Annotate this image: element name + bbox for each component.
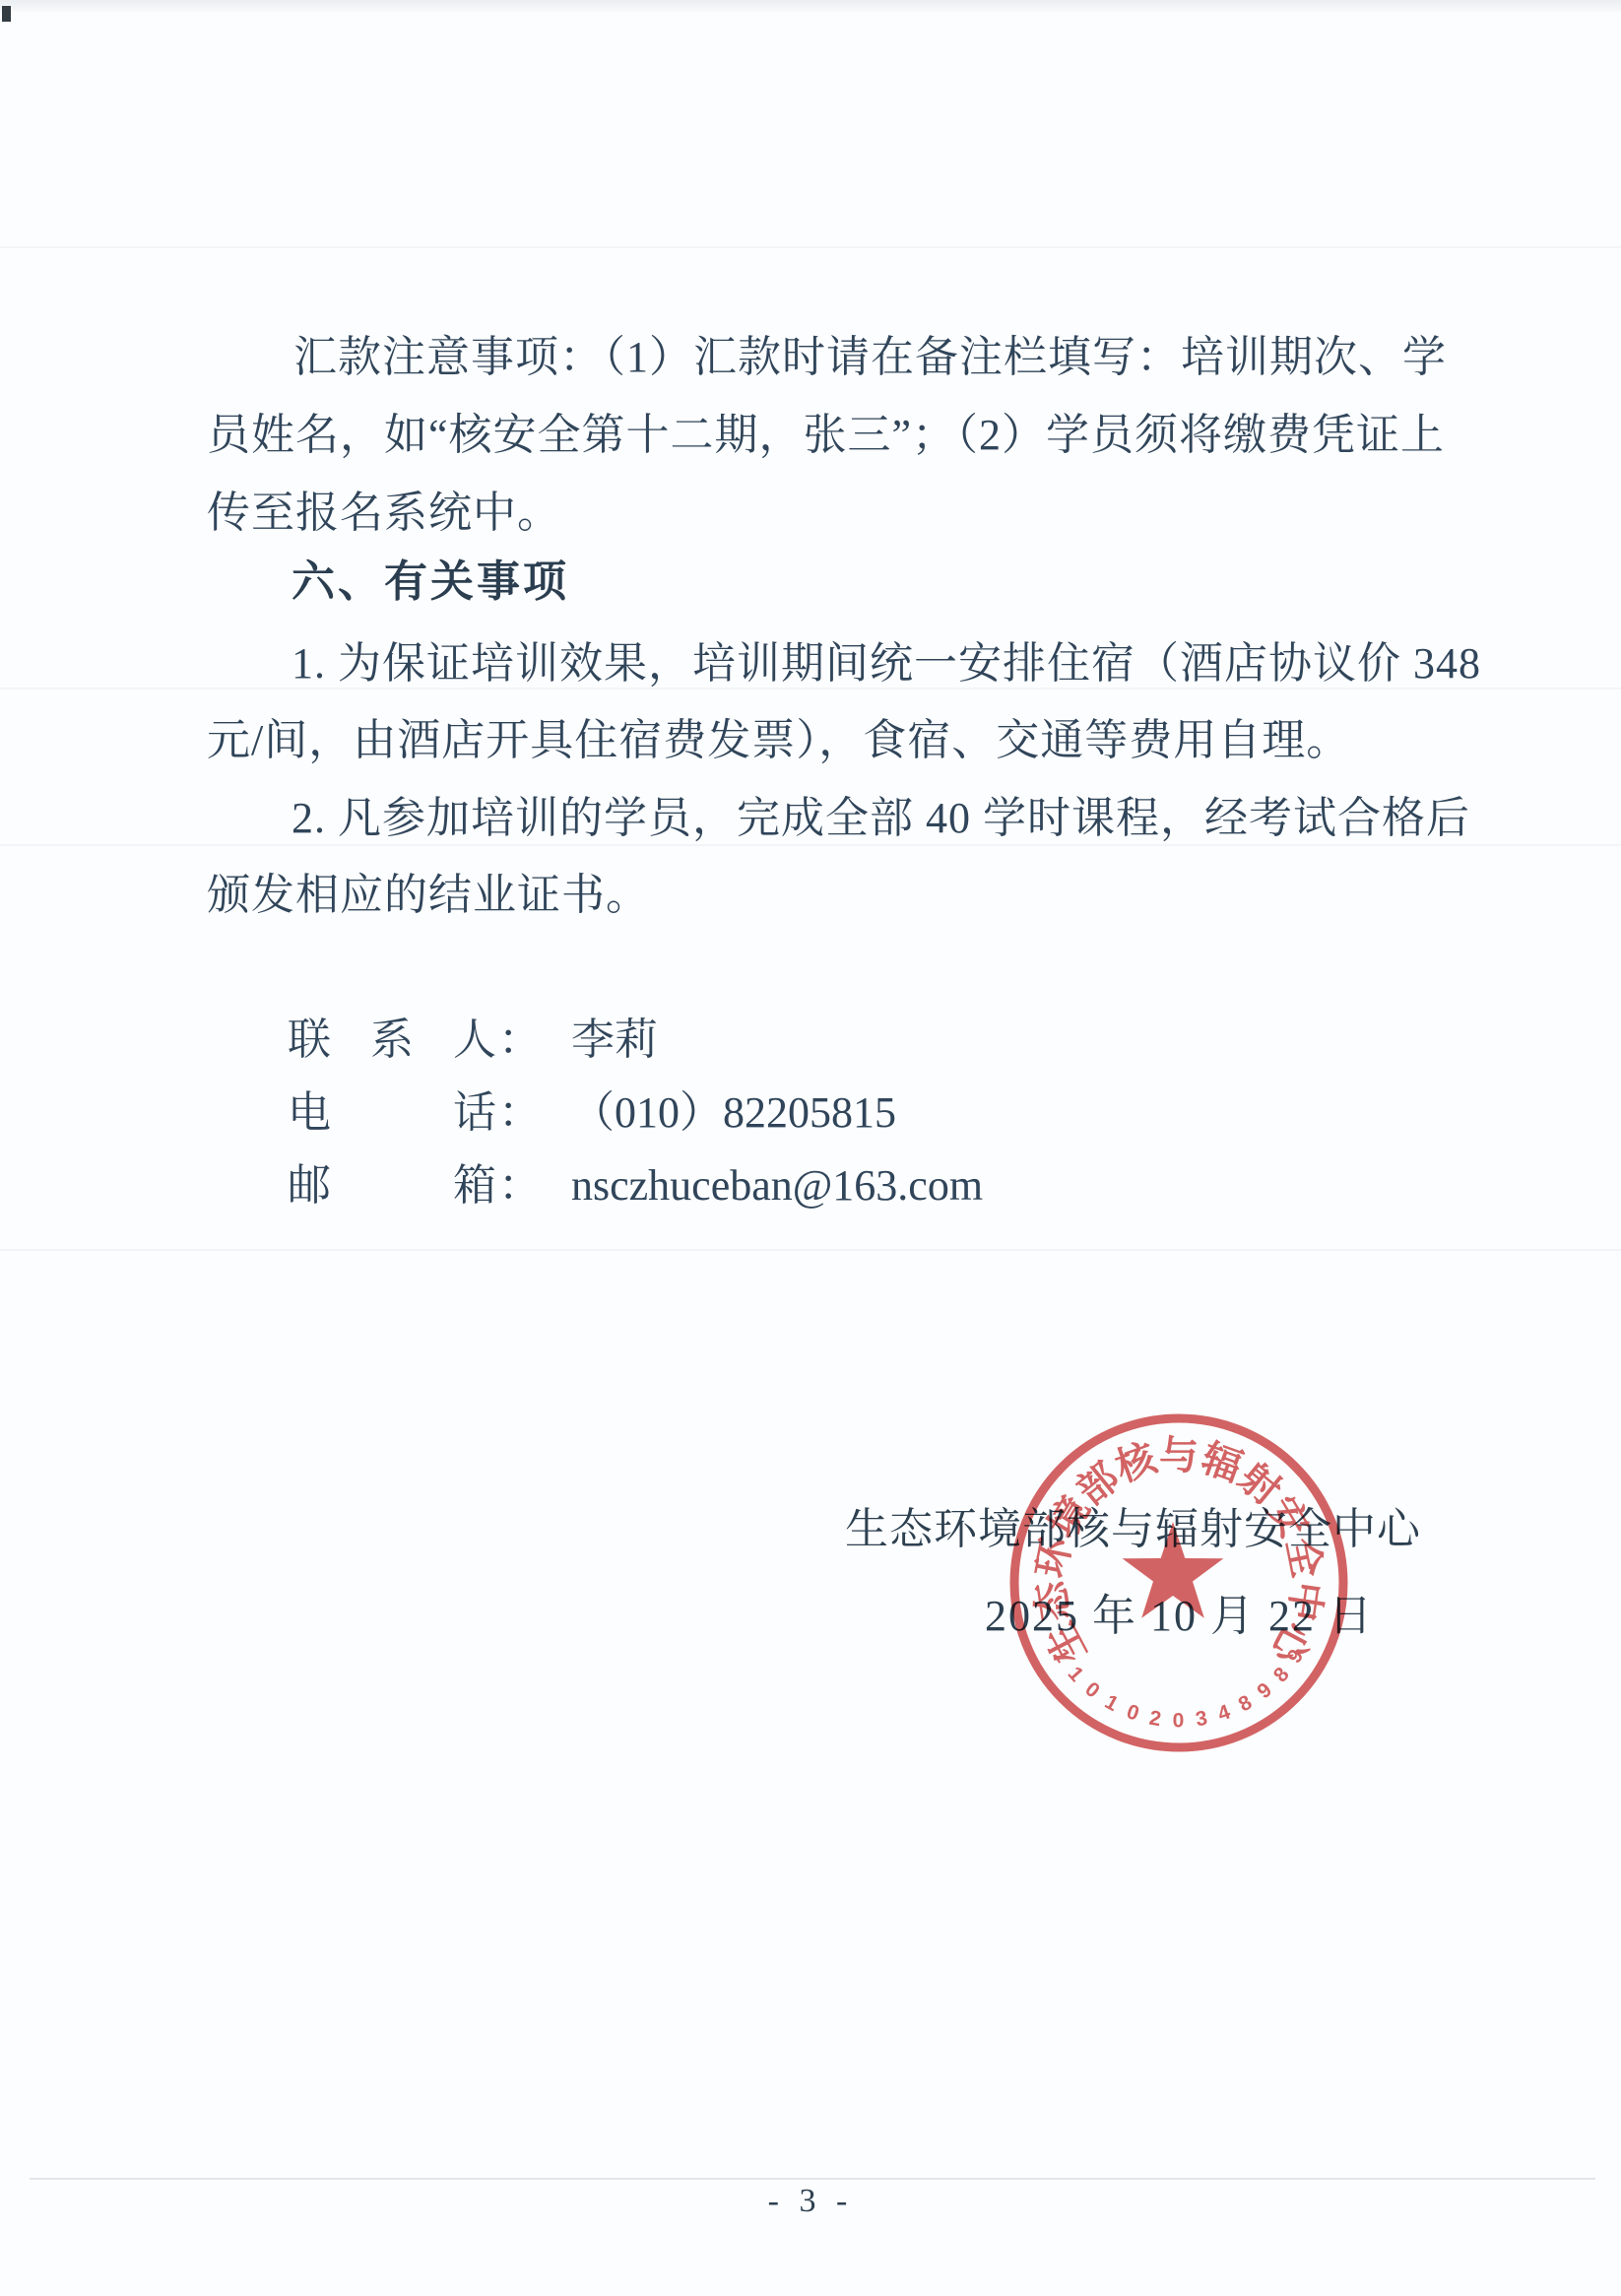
contact-email-row: 邮箱：nsczhuceban@163.com: [288, 1162, 983, 1210]
footer-rule: [30, 2178, 1595, 2180]
contact-label-char: 电: [288, 1089, 331, 1137]
contact-label: 电话: [288, 1089, 496, 1137]
contact-colon: ：: [498, 1017, 542, 1064]
svg-text:心: 心: [1262, 1615, 1320, 1673]
svg-text:3: 3: [1194, 1707, 1209, 1732]
scanned-document-page: 汇款注意事项：（1）汇款时请在备注栏填写：培训期次、学 员姓名，如“核安全第十二…: [0, 0, 1621, 2296]
svg-text:0: 0: [1173, 1710, 1186, 1733]
svg-text:8: 8: [1269, 1663, 1295, 1687]
red-star-icon: [1123, 1522, 1224, 1618]
remittance-note-line: 传至报名系统中。: [207, 489, 561, 539]
svg-text:8: 8: [1235, 1690, 1257, 1716]
scan-streak: [0, 1249, 1621, 1251]
svg-text:0: 0: [1080, 1677, 1104, 1703]
contact-label: 联系人: [288, 1017, 496, 1064]
remittance-note-line: 汇款注意事项：（1）汇款时请在备注栏填写：培训期次、学: [293, 333, 1447, 383]
svg-text:2: 2: [1147, 1707, 1163, 1732]
item2-line: 颁发相应的结业证书。: [207, 871, 650, 921]
contact-label-char: 话: [453, 1089, 496, 1137]
svg-text:9: 9: [1253, 1677, 1276, 1703]
svg-text:1: 1: [1101, 1690, 1123, 1716]
scan-streak: [0, 844, 1621, 846]
contact-person-row: 联系人：李莉: [288, 1017, 658, 1064]
item1-line: 1. 为保证培训效果，培训期间统一安排住宿（酒店协议价 348: [292, 639, 1481, 689]
svg-text:中: 中: [1280, 1579, 1329, 1624]
contact-label-char: 箱: [453, 1162, 496, 1210]
page-number: - 3 -: [0, 2183, 1621, 2220]
svg-text:全: 全: [1278, 1535, 1329, 1582]
contact-phone-value: （010）82205815: [571, 1089, 896, 1137]
svg-text:与: 与: [1159, 1434, 1199, 1477]
contact-label-char: 联: [288, 1017, 331, 1064]
contact-label-char: 系: [370, 1017, 414, 1064]
svg-text:4: 4: [1215, 1700, 1235, 1726]
contact-colon: ：: [498, 1162, 542, 1210]
contact-label: 邮箱: [288, 1162, 496, 1210]
svg-text:1: 1: [1064, 1663, 1089, 1687]
contact-phone-row: 电话：（010）82205815: [288, 1089, 896, 1137]
item1-line: 元/间，由酒店开具住宿费发票），食宿、交通等费用自理。: [207, 716, 1350, 766]
svg-text:生: 生: [1038, 1615, 1095, 1671]
contact-colon: ：: [498, 1089, 542, 1137]
contact-label-char: 人: [453, 1017, 496, 1064]
contact-label-char: 邮: [288, 1162, 331, 1210]
scan-edge-band: [0, 0, 1621, 12]
scan-streak: [0, 246, 1621, 248]
svg-text:态: 态: [1029, 1578, 1077, 1624]
contact-person-value: 李莉: [571, 1017, 658, 1064]
svg-text:0: 0: [1124, 1700, 1143, 1726]
section-heading: 六、有关事项: [292, 558, 569, 608]
item2-line: 2. 凡参加培训的学员，完成全部 40 学时课程，经考试合格后: [292, 794, 1470, 844]
contact-email-value: nsczhuceban@163.com: [571, 1162, 983, 1210]
remittance-note-line: 员姓名，如“核安全第十二期，张三”；（2）学员须将缴费凭证上: [207, 411, 1445, 461]
official-seal-stamp: 生态环境部核与辐射安全中心 1101020348989: [997, 1401, 1361, 1765]
scan-corner-mark: [2, 6, 11, 22]
